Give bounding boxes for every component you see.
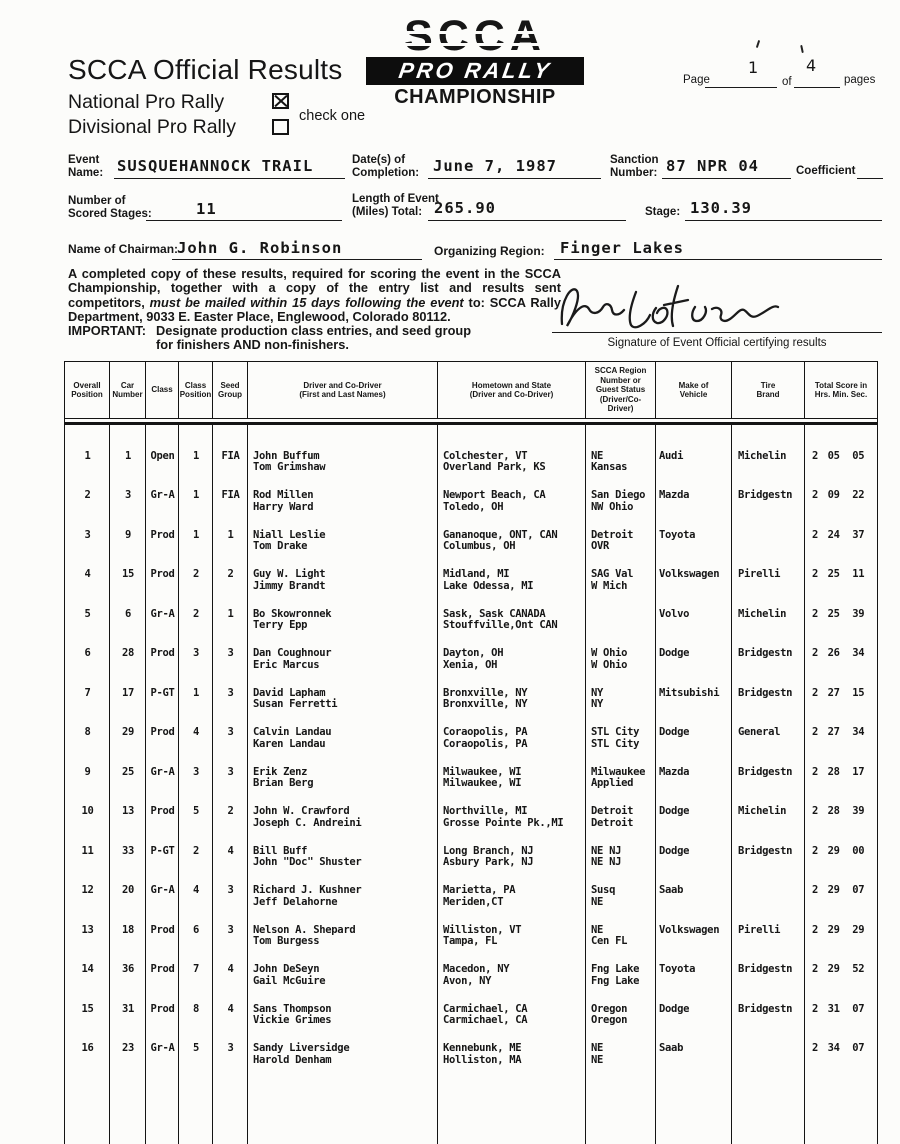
driver-codriver: David Lapham Susan Ferretti (248, 686, 438, 726)
hometown-state: Bronxville, NY Bronxville, NY (438, 686, 586, 726)
col-driver-codriver: Driver and Co-Driver (First and Last Nam… (248, 362, 438, 418)
car-number: 1 (110, 449, 146, 489)
seed-group: 3 (213, 765, 248, 805)
vehicle-make: Dodge (656, 1002, 732, 1042)
class-position: 8 (179, 1002, 213, 1042)
coefficient-label: Coefficient (796, 165, 855, 178)
table-row: 4 15 Prod 2 2 Guy W. Light Jimmy Brandt … (65, 567, 877, 607)
check-one-label: check one (299, 108, 365, 124)
car-number: 13 (110, 804, 146, 844)
vehicle-make: Mazda (656, 488, 732, 528)
vehicle-make: Dodge (656, 646, 732, 686)
car-number: 3 (110, 488, 146, 528)
total-score: 22734 (805, 725, 877, 765)
driver-codriver: Richard J. Kushner Jeff Delahorne (248, 883, 438, 923)
driver-codriver: Bo Skowronnek Terry Epp (248, 607, 438, 647)
class: Gr-A (146, 883, 179, 923)
hometown-state: Macedon, NY Avon, NY (438, 962, 586, 1002)
car-number: 18 (110, 923, 146, 963)
seed-group: 1 (213, 528, 248, 568)
organizing-region-value: Finger Lakes (560, 239, 684, 257)
driver-codriver: Erik Zenz Brian Berg (248, 765, 438, 805)
page-number-line (705, 87, 777, 88)
driver-codriver: Calvin Landau Karen Landau (248, 725, 438, 765)
car-number: 36 (110, 962, 146, 1002)
chairman-value: John G. Robinson (177, 239, 342, 257)
car-number: 15 (110, 567, 146, 607)
driver-codriver: John Buffum Tom Grimshaw (248, 449, 438, 489)
notice-text-bold-italic: must be mailed within 15 days following … (150, 295, 464, 310)
logo-championship-text: CHAMPIONSHIP (366, 86, 584, 109)
scca-region: NE NJ NE NJ (586, 844, 656, 884)
col-hometown-state: Hometown and State (Driver and Co-Driver… (438, 362, 586, 418)
overall-position: 9 (65, 765, 110, 805)
hometown-state: Midland, MI Lake Odessa, MI (438, 567, 586, 607)
organizing-region-line (554, 259, 882, 260)
overall-position: 7 (65, 686, 110, 726)
driver-codriver: Rod Millen Harry Ward (248, 488, 438, 528)
total-score: 22437 (805, 528, 877, 568)
logo-scca-text: SCCA (366, 16, 584, 56)
seed-group: 4 (213, 844, 248, 884)
results-table-body: 1 1 Open 1 FIA John Buffum Tom Grimshaw … (65, 425, 877, 1144)
table-row: 8 29 Prod 4 3 Calvin Landau Karen Landau… (65, 725, 877, 765)
overall-position: 8 (65, 725, 110, 765)
pages-label: pages (844, 74, 875, 86)
scca-region: NE NE (586, 1041, 656, 1081)
seed-group: 3 (213, 1041, 248, 1081)
event-name-label: Event Name: (68, 154, 103, 179)
table-row: 11 33 P-GT 2 4 Bill Buff John "Doc" Shus… (65, 844, 877, 884)
total-pages-line (794, 87, 840, 88)
scca-region: San Diego NW Ohio (586, 488, 656, 528)
seed-group: 3 (213, 646, 248, 686)
stage-length-label: Stage: (645, 206, 680, 219)
seed-group: 3 (213, 686, 248, 726)
tire-brand: Michelin (732, 804, 805, 844)
scored-stages-label: Number of Scored Stages: (68, 195, 152, 220)
pen-mark (800, 45, 804, 53)
hometown-state: Sask, Sask CANADA Stouffville,Ont CAN (438, 607, 586, 647)
driver-codriver: Guy W. Light Jimmy Brandt (248, 567, 438, 607)
tire-brand: Bridgestn (732, 844, 805, 884)
class: Gr-A (146, 488, 179, 528)
table-row: 3 9 Prod 1 1 Niall Leslie Tom Drake Gana… (65, 528, 877, 568)
page-title: SCCA Official Results (68, 54, 342, 86)
scca-region: Milwaukee Applied (586, 765, 656, 805)
vehicle-make: Volkswagen (656, 923, 732, 963)
total-score: 22715 (805, 686, 877, 726)
vehicle-make: Toyota (656, 962, 732, 1002)
seed-group: 2 (213, 804, 248, 844)
scca-region: NE Kansas (586, 449, 656, 489)
scca-official-results-page: SCCA Official Results National Pro Rally… (0, 0, 900, 1144)
length-total-line (428, 220, 626, 221)
table-row: 2 3 Gr-A 1 FIA Rod Millen Harry Ward New… (65, 488, 877, 528)
class: Prod (146, 646, 179, 686)
scca-region: NE Cen FL (586, 923, 656, 963)
national-pro-rally-label: National Pro Rally (68, 91, 224, 114)
page-number-value: 1 (748, 58, 758, 77)
class-position: 1 (179, 449, 213, 489)
total-score: 22817 (805, 765, 877, 805)
total-score: 20505 (805, 449, 877, 489)
class-position: 5 (179, 1041, 213, 1081)
coefficient-line (857, 178, 883, 179)
seed-group: 2 (213, 567, 248, 607)
overall-position: 12 (65, 883, 110, 923)
tire-brand (732, 883, 805, 923)
seed-group: 3 (213, 923, 248, 963)
tire-brand: Bridgestn (732, 962, 805, 1002)
table-row: 6 28 Prod 3 3 Dan Coughnour Eric Marcus … (65, 646, 877, 686)
length-total-value: 265.90 (434, 199, 496, 217)
class: Prod (146, 923, 179, 963)
class-position: 1 (179, 488, 213, 528)
chairman-line (172, 259, 422, 260)
stage-length-line (685, 220, 882, 221)
total-score: 22929 (805, 923, 877, 963)
overall-position: 14 (65, 962, 110, 1002)
col-tire-brand: Tire Brand (732, 362, 805, 418)
seed-group: 3 (213, 725, 248, 765)
table-row: 1 1 Open 1 FIA John Buffum Tom Grimshaw … (65, 449, 877, 489)
total-score: 23107 (805, 1002, 877, 1042)
mailing-notice: A completed copy of these results, requi… (68, 267, 561, 353)
col-seed-group: Seed Group (213, 362, 248, 418)
driver-codriver: Bill Buff John "Doc" Shuster (248, 844, 438, 884)
scored-stages-line (146, 220, 342, 221)
national-pro-rally-checkbox (272, 93, 289, 109)
class: Prod (146, 1002, 179, 1042)
tire-brand: Bridgestn (732, 646, 805, 686)
hometown-state: Coraopolis, PA Coraopolis, PA (438, 725, 586, 765)
sanction-number-value: 87 NPR 04 (666, 157, 759, 175)
scca-region: Fng Lake Fng Lake (586, 962, 656, 1002)
tire-brand: Bridgestn (732, 1002, 805, 1042)
seed-group: 1 (213, 607, 248, 647)
table-row: 16 23 Gr-A 5 3 Sandy Liversidge Harold D… (65, 1041, 877, 1081)
hometown-state: Carmichael, CA Carmichael, CA (438, 1002, 586, 1042)
class: Prod (146, 528, 179, 568)
class-position: 4 (179, 725, 213, 765)
vehicle-make: Saab (656, 883, 732, 923)
vehicle-make: Saab (656, 1041, 732, 1081)
signature-line (552, 332, 882, 333)
hometown-state: Gananoque, ONT, CAN Columbus, OH (438, 528, 586, 568)
table-row: 5 6 Gr-A 2 1 Bo Skowronnek Terry Epp Sas… (65, 607, 877, 647)
scca-region: Susq NE (586, 883, 656, 923)
car-number: 20 (110, 883, 146, 923)
col-overall-position: Overall Position (65, 362, 110, 418)
vehicle-make: Dodge (656, 725, 732, 765)
class: P-GT (146, 686, 179, 726)
col-class: Class (146, 362, 179, 418)
class: Gr-A (146, 1041, 179, 1081)
logo-prorally-banner: PRO RALLY (366, 57, 584, 85)
vehicle-make: Volkswagen (656, 567, 732, 607)
scca-region: STL City STL City (586, 725, 656, 765)
scca-region: SAG Val W Mich (586, 567, 656, 607)
total-score: 20922 (805, 488, 877, 528)
total-score: 22907 (805, 883, 877, 923)
total-score: 22952 (805, 962, 877, 1002)
scca-region: W Ohio W Ohio (586, 646, 656, 686)
vehicle-make: Mitsubishi (656, 686, 732, 726)
driver-codriver: John DeSeyn Gail McGuire (248, 962, 438, 1002)
overall-position: 11 (65, 844, 110, 884)
tire-brand (732, 528, 805, 568)
results-table-header: Overall Position Car Number Class Class … (65, 362, 877, 419)
class-position: 1 (179, 686, 213, 726)
vehicle-make: Audi (656, 449, 732, 489)
total-score: 22634 (805, 646, 877, 686)
class: Gr-A (146, 607, 179, 647)
table-row: 10 13 Prod 5 2 John W. Crawford Joseph C… (65, 804, 877, 844)
completion-date-value: June 7, 1987 (433, 157, 557, 175)
tire-brand: Bridgestn (732, 765, 805, 805)
scca-prorally-logo: SCCA PRO RALLY CHAMPIONSHIP (366, 16, 584, 109)
total-pages-value: 4 (806, 56, 816, 75)
divisional-pro-rally-label: Divisional Pro Rally (68, 116, 236, 139)
page-label: Page (683, 74, 710, 86)
event-name-line (114, 178, 345, 179)
class: Open (146, 449, 179, 489)
hometown-state: Milwaukee, WI Milwaukee, WI (438, 765, 586, 805)
tire-brand: Bridgestn (732, 686, 805, 726)
table-rows: 1 1 Open 1 FIA John Buffum Tom Grimshaw … (65, 449, 877, 1081)
stage-length-value: 130.39 (690, 199, 752, 217)
results-table: Overall Position Car Number Class Class … (64, 361, 878, 1144)
tire-brand: Michelin (732, 449, 805, 489)
driver-codriver: John W. Crawford Joseph C. Andreini (248, 804, 438, 844)
important-text: Designate production class entries, and … (156, 324, 471, 353)
col-scca-region: SCCA Region Number or Guest Status (Driv… (586, 362, 656, 418)
important-label: IMPORTANT: (68, 324, 156, 353)
overall-position: 3 (65, 528, 110, 568)
overall-position: 15 (65, 1002, 110, 1042)
car-number: 28 (110, 646, 146, 686)
car-number: 29 (110, 725, 146, 765)
class-position: 2 (179, 567, 213, 607)
organizing-region-label: Organizing Region: (434, 245, 545, 258)
class: Prod (146, 804, 179, 844)
total-score: 22900 (805, 844, 877, 884)
hometown-state: Kennebunk, ME Holliston, MA (438, 1041, 586, 1081)
col-car-number: Car Number (110, 362, 146, 418)
completion-date-line (428, 178, 601, 179)
tire-brand: Bridgestn (732, 488, 805, 528)
tire-brand: Michelin (732, 607, 805, 647)
car-number: 23 (110, 1041, 146, 1081)
class-position: 2 (179, 607, 213, 647)
event-name-value: SUSQUEHANNOCK TRAIL (117, 157, 313, 175)
length-total-label: Length of Event (Miles) Total: (352, 193, 439, 218)
class: P-GT (146, 844, 179, 884)
scca-region: Oregon Oregon (586, 1002, 656, 1042)
overall-position: 6 (65, 646, 110, 686)
vehicle-make: Volvo (656, 607, 732, 647)
completion-date-label: Date(s) of Completion: (352, 154, 419, 179)
logo-stripe (372, 31, 578, 34)
handwritten-signature (552, 278, 812, 332)
overall-position: 13 (65, 923, 110, 963)
tire-brand: Pirelli (732, 923, 805, 963)
hometown-state: Northville, MI Grosse Pointe Pk.,MI (438, 804, 586, 844)
seed-group: 4 (213, 962, 248, 1002)
hometown-state: Marietta, PA Meriden,CT (438, 883, 586, 923)
tire-brand (732, 1041, 805, 1081)
class-position: 5 (179, 804, 213, 844)
total-score: 22539 (805, 607, 877, 647)
col-class-position: Class Position (179, 362, 213, 418)
driver-codriver: Sandy Liversidge Harold Denham (248, 1041, 438, 1081)
logo-stripe (372, 43, 578, 46)
class: Prod (146, 567, 179, 607)
driver-codriver: Sans Thompson Vickie Grimes (248, 1002, 438, 1042)
class-position: 1 (179, 528, 213, 568)
driver-codriver: Niall Leslie Tom Drake (248, 528, 438, 568)
class: Prod (146, 725, 179, 765)
of-label: of (782, 76, 792, 88)
vehicle-make: Mazda (656, 765, 732, 805)
scored-stages-value: 11 (196, 200, 217, 218)
table-row: 7 17 P-GT 1 3 David Lapham Susan Ferrett… (65, 686, 877, 726)
car-number: 6 (110, 607, 146, 647)
table-row: 14 36 Prod 7 4 John DeSeyn Gail McGuire … (65, 962, 877, 1002)
scca-region: NY NY (586, 686, 656, 726)
chairman-label: Name of Chairman: (68, 243, 178, 256)
car-number: 31 (110, 1002, 146, 1042)
vehicle-make: Dodge (656, 844, 732, 884)
total-score: 22511 (805, 567, 877, 607)
class: Gr-A (146, 765, 179, 805)
scca-region: Detroit Detroit (586, 804, 656, 844)
sanction-number-label: Sanction Number: (610, 154, 659, 179)
col-make-of-vehicle: Make of Vehicle (656, 362, 732, 418)
overall-position: 5 (65, 607, 110, 647)
scca-region: Detroit OVR (586, 528, 656, 568)
total-score: 23407 (805, 1041, 877, 1081)
hometown-state: Colchester, VT Overland Park, KS (438, 449, 586, 489)
driver-codriver: Dan Coughnour Eric Marcus (248, 646, 438, 686)
overall-position: 10 (65, 804, 110, 844)
seed-group: FIA (213, 488, 248, 528)
class-position: 7 (179, 962, 213, 1002)
hometown-state: Dayton, OH Xenia, OH (438, 646, 586, 686)
car-number: 25 (110, 765, 146, 805)
sanction-number-line (662, 178, 791, 179)
hometown-state: Newport Beach, CA Toledo, OH (438, 488, 586, 528)
divisional-pro-rally-checkbox (272, 119, 289, 135)
car-number: 9 (110, 528, 146, 568)
scca-region (586, 607, 656, 647)
tire-brand: General (732, 725, 805, 765)
hometown-state: Williston, VT Tampa, FL (438, 923, 586, 963)
overall-position: 4 (65, 567, 110, 607)
overall-position: 16 (65, 1041, 110, 1081)
overall-position: 1 (65, 449, 110, 489)
class: Prod (146, 962, 179, 1002)
overall-position: 2 (65, 488, 110, 528)
hometown-state: Long Branch, NJ Asbury Park, NJ (438, 844, 586, 884)
class-position: 2 (179, 844, 213, 884)
seed-group: 4 (213, 1002, 248, 1042)
class-position: 3 (179, 765, 213, 805)
col-total-score: Total Score in Hrs. Min. Sec. (805, 362, 877, 418)
tire-brand: Pirelli (732, 567, 805, 607)
car-number: 33 (110, 844, 146, 884)
class-position: 4 (179, 883, 213, 923)
class-position: 3 (179, 646, 213, 686)
table-row: 9 25 Gr-A 3 3 Erik Zenz Brian Berg Milwa… (65, 765, 877, 805)
table-row: 12 20 Gr-A 4 3 Richard J. Kushner Jeff D… (65, 883, 877, 923)
seed-group: 3 (213, 883, 248, 923)
vehicle-make: Toyota (656, 528, 732, 568)
pen-mark (756, 40, 760, 48)
vehicle-make: Dodge (656, 804, 732, 844)
seed-group: FIA (213, 449, 248, 489)
total-score: 22839 (805, 804, 877, 844)
table-row: 13 18 Prod 6 3 Nelson A. Shepard Tom Bur… (65, 923, 877, 963)
table-row: 15 31 Prod 8 4 Sans Thompson Vickie Grim… (65, 1002, 877, 1042)
car-number: 17 (110, 686, 146, 726)
driver-codriver: Nelson A. Shepard Tom Burgess (248, 923, 438, 963)
class-position: 6 (179, 923, 213, 963)
signature-caption: Signature of Event Official certifying r… (552, 337, 882, 349)
